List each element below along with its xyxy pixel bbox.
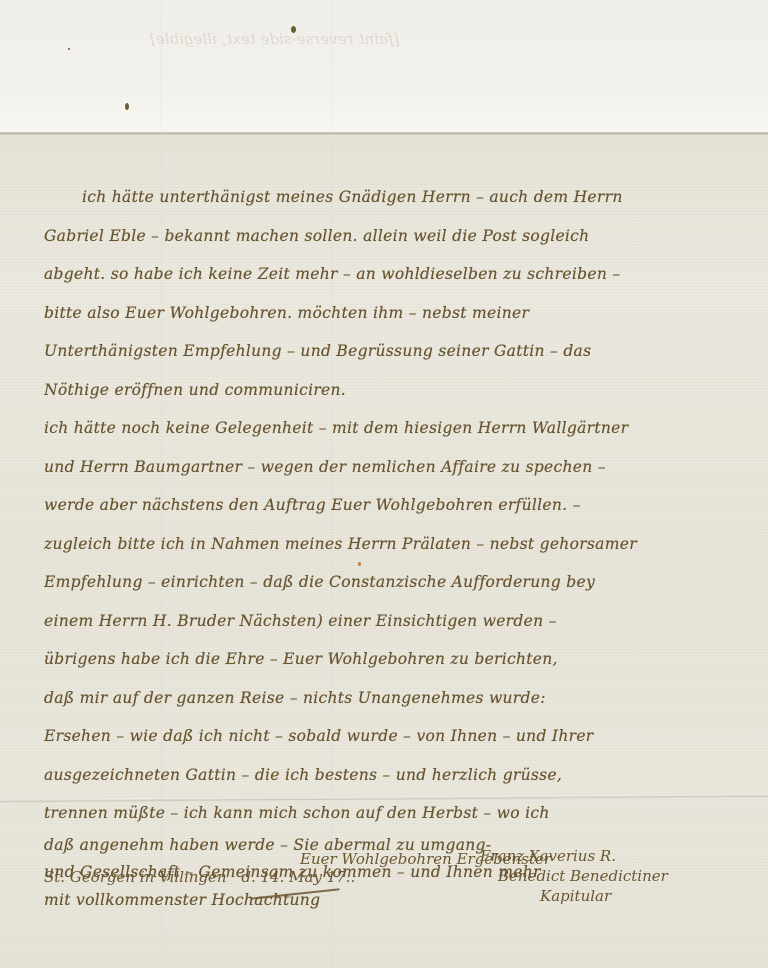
signature-name: Franz Xaverius R.: [480, 846, 668, 866]
letter-line: und Herrn Baumgartner – wegen der nemlic…: [44, 448, 760, 487]
signature-block: Franz Xaverius R. Benedict Benedictiner …: [480, 846, 668, 906]
letter-line: ausgezeichneten Gattin – die ich bestens…: [44, 756, 760, 795]
horizontal-fold-top: [0, 131, 768, 135]
signature-title: Benedict Benedictiner: [480, 866, 668, 886]
letter-line: daß mir auf der ganzen Reise – nichts Un…: [44, 679, 760, 718]
letter-line: Empfehlung – einrichten – daß die Consta…: [44, 563, 760, 602]
letter-line: Nöthige eröffnen und communiciren.: [44, 371, 760, 410]
letter-line: Unterthänigsten Empfehlung – und Begrüss…: [44, 332, 760, 371]
letter-sheet: [faint reverse-side text, illegible] ich…: [0, 0, 768, 968]
letter-body: ich hätte unterthänigst meines Gnädigen …: [44, 178, 760, 913]
bleed-through-text: [faint reverse-side text, illegible]: [150, 30, 399, 48]
letter-line: Gabriel Eble – bekannt machen sollen. al…: [44, 217, 760, 256]
letter-line: einem Herrn H. Bruder Nächsten) einer Ei…: [44, 602, 760, 641]
letter-line: werde aber nächstens den Auftrag Euer Wo…: [44, 486, 760, 525]
letter-line: Ersehen – wie daß ich nicht – sobald wur…: [44, 717, 760, 756]
letter-line: zugleich bitte ich in Nahmen meines Herr…: [44, 525, 760, 564]
letter-line: ich hätte noch keine Gelegenheit – mit d…: [44, 409, 760, 448]
place-name: St. Georgen in Villingen: [44, 868, 227, 886]
letter-line: abgeht. so habe ich keine Zeit mehr – an…: [44, 255, 760, 294]
folded-top-flap: [0, 0, 768, 132]
ink-spot: [291, 26, 296, 33]
signature-role: Kapitular: [480, 886, 668, 906]
letter-line: trennen müßte – ich kann mich schon auf …: [44, 794, 760, 833]
letter-line: bitte also Euer Wohlgebohren. möchten ih…: [44, 294, 760, 333]
letter-line: übrigens habe ich die Ehre – Euer Wohlge…: [44, 640, 760, 679]
ink-spot: [125, 103, 129, 110]
ink-spot: [68, 48, 70, 50]
letter-line: ich hätte unterthänigst meines Gnädigen …: [44, 178, 760, 217]
date-mark: d. 14. May 17..: [241, 868, 355, 886]
place-date: St. Georgen in Villingen d. 14. May 17..: [44, 868, 355, 886]
